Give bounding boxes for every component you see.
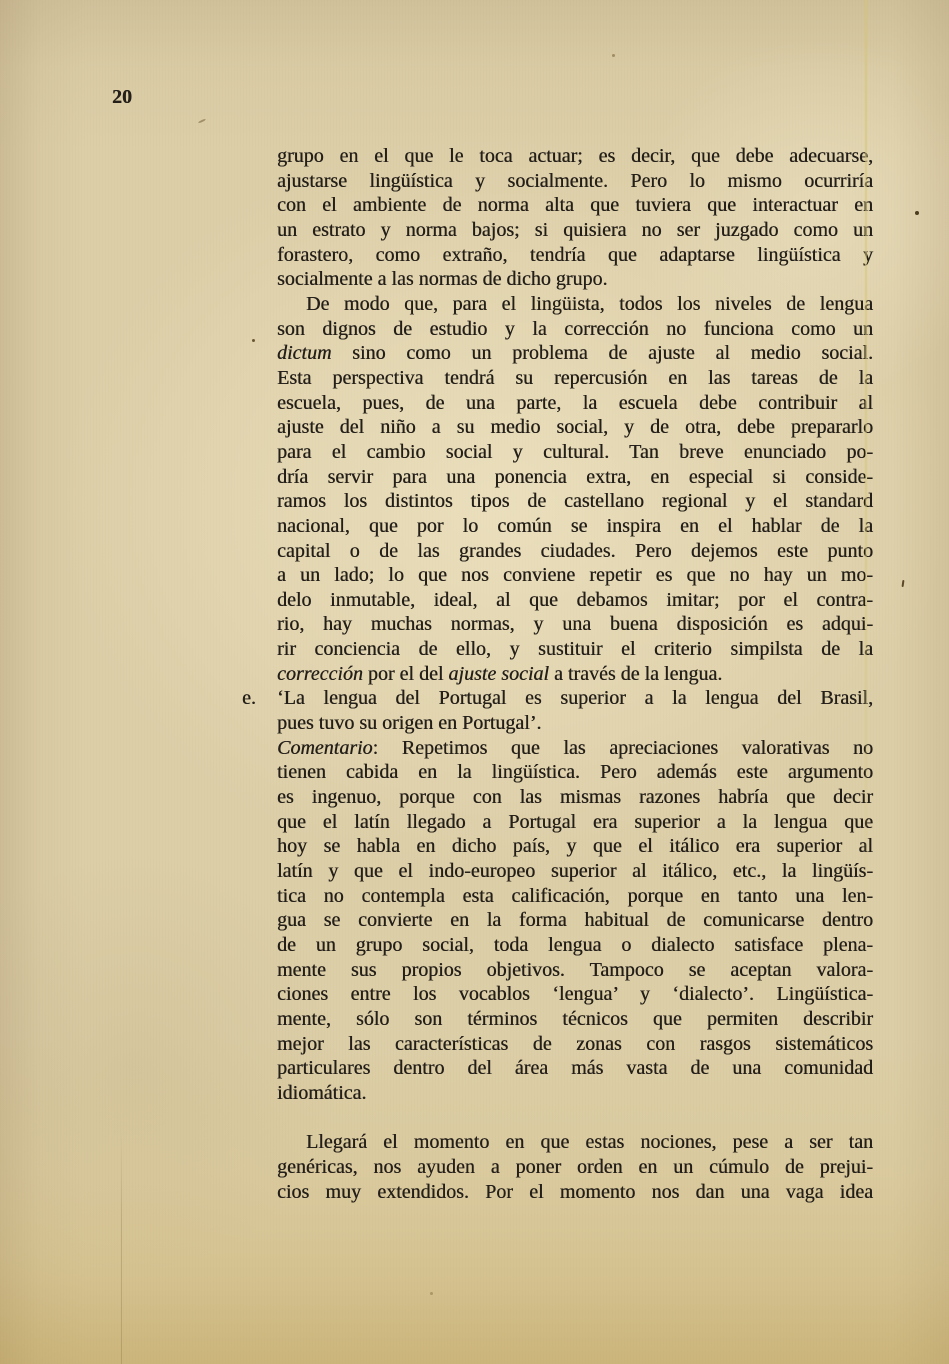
text-line: tienen cabida en la lingüística. Pero ad… xyxy=(277,760,873,785)
text-line: escuela, pues, de una parte, la escuela … xyxy=(277,391,873,416)
italic-text-segment: corrección xyxy=(277,663,363,685)
text-segment: un estrato y norma bajos; si quisiera no… xyxy=(277,219,873,241)
text-segment: Llegará el momento en que estas nociones… xyxy=(306,1131,873,1153)
text-segment: con el ambiente de norma alta que tuvier… xyxy=(277,194,873,216)
paper-speck xyxy=(198,118,206,123)
page-number: 20 xyxy=(112,86,132,109)
text-segment: gua se convierte en la forma habitual de… xyxy=(277,909,873,931)
text-line: Esta perspectiva tendrá su repercusión e… xyxy=(277,366,873,391)
text-line: delo inmutable, ideal, al que debamos im… xyxy=(277,588,873,613)
text-line: hoy se habla en dicho país, y que el itá… xyxy=(277,834,873,859)
text-segment: pues tuvo su origen en Portugal’. xyxy=(277,712,541,734)
text-line: de un grupo social, toda lengua o dialec… xyxy=(277,933,873,958)
text-line: forastero, como extraño, tendría que ada… xyxy=(277,243,873,268)
text-segment: mente sus propios objetivos. Tampoco se … xyxy=(277,959,873,981)
text-line: latín y que el indo-europeo superior al … xyxy=(277,859,873,884)
text-segment: capital o de las grandes ciudades. Pero … xyxy=(277,540,873,562)
text-line: mejor las características de zonas con r… xyxy=(277,1032,873,1057)
text-line: tica no contempla esta calificación, por… xyxy=(277,884,873,909)
text-line: que el latín llegado a Portugal era supe… xyxy=(277,810,873,835)
text-line: rir conciencia de ello, y sustituir el c… xyxy=(277,637,873,662)
text-line: particulares dentro del área más vasta d… xyxy=(277,1056,873,1081)
paper-speck xyxy=(902,580,905,587)
italic-text-segment: ajuste social xyxy=(448,663,549,685)
text-line: gua se convierte en la forma habitual de… xyxy=(277,908,873,933)
text-segment: : Repetimos que las apreciaciones valora… xyxy=(373,737,873,759)
paper-crease xyxy=(121,1130,122,1364)
text-segment: dría servir para una ponencia extra, en … xyxy=(277,466,873,488)
text-line: dictum sino como un problema de ajuste a… xyxy=(277,341,873,366)
text-segment: delo inmutable, ideal, al que debamos im… xyxy=(277,589,873,611)
text-segment: mejor las características de zonas con r… xyxy=(277,1033,873,1055)
text-line: e.‘La lengua del Portugal es superior a … xyxy=(277,686,873,711)
text-segment: ajuste del niño a su medio social, y de … xyxy=(277,416,873,438)
text-line: grupo en el que le toca actuar; es decir… xyxy=(277,144,873,169)
text-line: son dignos de estudio y la corrección no… xyxy=(277,317,873,342)
paper-speck xyxy=(915,211,919,215)
text-segment: ciones entre los vocablos ‘lengua’ y ‘di… xyxy=(277,983,873,1005)
text-segment: a través de la lengua. xyxy=(549,663,722,685)
text-segment: grupo en el que le toca actuar; es decir… xyxy=(277,145,873,167)
italic-text-segment: Comentario xyxy=(277,737,373,759)
paper-speck xyxy=(430,1292,433,1295)
text-line: mente, sólo son términos técnicos que pe… xyxy=(277,1007,873,1032)
text-line: dría servir para una ponencia extra, en … xyxy=(277,465,873,490)
text-line: socialmente a las normas de dicho grupo. xyxy=(277,267,873,292)
text-line: ramos los distintos tipos de castellano … xyxy=(277,489,873,514)
text-segment: particulares dentro del área más vasta d… xyxy=(277,1057,873,1079)
text-line: Llegará el momento en que estas nociones… xyxy=(277,1130,873,1155)
text-line: cios muy extendidos. Por el momento nos … xyxy=(277,1180,873,1205)
text-line: a un lado; lo que nos conviene repetir e… xyxy=(277,563,873,588)
text-segment: genéricas, nos ayuden a poner orden en u… xyxy=(277,1156,873,1178)
text-segment: ‘La lengua del Portugal es superior a la… xyxy=(277,687,873,709)
text-segment: de un grupo social, toda lengua o dialec… xyxy=(277,934,873,956)
text-segment: rio, hay muchas normas, y una buena disp… xyxy=(277,613,873,635)
text-segment: sino como un problema de ajuste al medio… xyxy=(331,342,873,364)
text-segment: tienen cabida en la lingüística. Pero ad… xyxy=(277,761,873,783)
paper-speck xyxy=(252,339,255,342)
text-segment: nacional, que por lo común se inspira en… xyxy=(277,515,873,537)
text-line: capital o de las grandes ciudades. Pero … xyxy=(277,539,873,564)
text-line: De modo que, para el lingüista, todos lo… xyxy=(277,292,873,317)
italic-text-segment: dictum xyxy=(277,342,331,364)
text-segment: que el latín llegado a Portugal era supe… xyxy=(277,811,873,833)
text-line: para el cambio social y cultural. Tan br… xyxy=(277,440,873,465)
text-segment: rir conciencia de ello, y sustituir el c… xyxy=(277,638,873,660)
list-item-marker: e. xyxy=(242,686,256,711)
text-line: ajustarse lingüística y socialmente. Per… xyxy=(277,169,873,194)
text-line: es ingenuo, porque con las mismas razone… xyxy=(277,785,873,810)
text-segment: socialmente a las normas de dicho grupo. xyxy=(277,268,607,290)
text-segment: De modo que, para el lingüista, todos lo… xyxy=(306,293,873,315)
text-segment: forastero, como extraño, tendría que ada… xyxy=(277,244,873,266)
text-segment: por el del xyxy=(363,663,449,685)
text-segment: hoy se habla en dicho país, y que el itá… xyxy=(277,835,873,857)
scanned-book-page: 20 grupo en el que le toca actuar; es de… xyxy=(0,0,949,1364)
text-segment: ramos los distintos tipos de castellano … xyxy=(277,490,873,512)
text-line: ciones entre los vocablos ‘lengua’ y ‘di… xyxy=(277,982,873,1007)
text-segment: son dignos de estudio y la corrección no… xyxy=(277,318,873,340)
text-segment: a un lado; lo que nos conviene repetir e… xyxy=(277,564,873,586)
text-line: pues tuvo su origen en Portugal’. xyxy=(277,711,873,736)
text-segment: idiomática. xyxy=(277,1082,366,1104)
text-segment: ajustarse lingüística y socialmente. Per… xyxy=(277,170,873,192)
text-line: nacional, que por lo común se inspira en… xyxy=(277,514,873,539)
text-segment: para el cambio social y cultural. Tan br… xyxy=(277,441,873,463)
text-line: con el ambiente de norma alta que tuvier… xyxy=(277,193,873,218)
text-line: ajuste del niño a su medio social, y de … xyxy=(277,415,873,440)
text-segment: escuela, pues, de una parte, la escuela … xyxy=(277,392,873,414)
text-line: genéricas, nos ayuden a poner orden en u… xyxy=(277,1155,873,1180)
text-segment: latín y que el indo-europeo superior al … xyxy=(277,860,873,882)
text-line: un estrato y norma bajos; si quisiera no… xyxy=(277,218,873,243)
text-segment: mente, sólo son términos técnicos que pe… xyxy=(277,1008,873,1030)
text-line: corrección por el del ajuste social a tr… xyxy=(277,662,873,687)
text-segment: Esta perspectiva tendrá su repercusión e… xyxy=(277,367,873,389)
text-line: mente sus propios objetivos. Tampoco se … xyxy=(277,958,873,983)
text-line: idiomática. xyxy=(277,1081,873,1106)
text-segment: tica no contempla esta calificación, por… xyxy=(277,885,873,907)
text-segment: cios muy extendidos. Por el momento nos … xyxy=(277,1181,873,1203)
paper-speck xyxy=(612,54,615,57)
text-line: Comentario: Repetimos que las apreciacio… xyxy=(277,736,873,761)
text-segment: es ingenuo, porque con las mismas razone… xyxy=(277,786,873,808)
body-text-block: grupo en el que le toca actuar; es decir… xyxy=(277,144,873,1204)
text-line: rio, hay muchas normas, y una buena disp… xyxy=(277,612,873,637)
